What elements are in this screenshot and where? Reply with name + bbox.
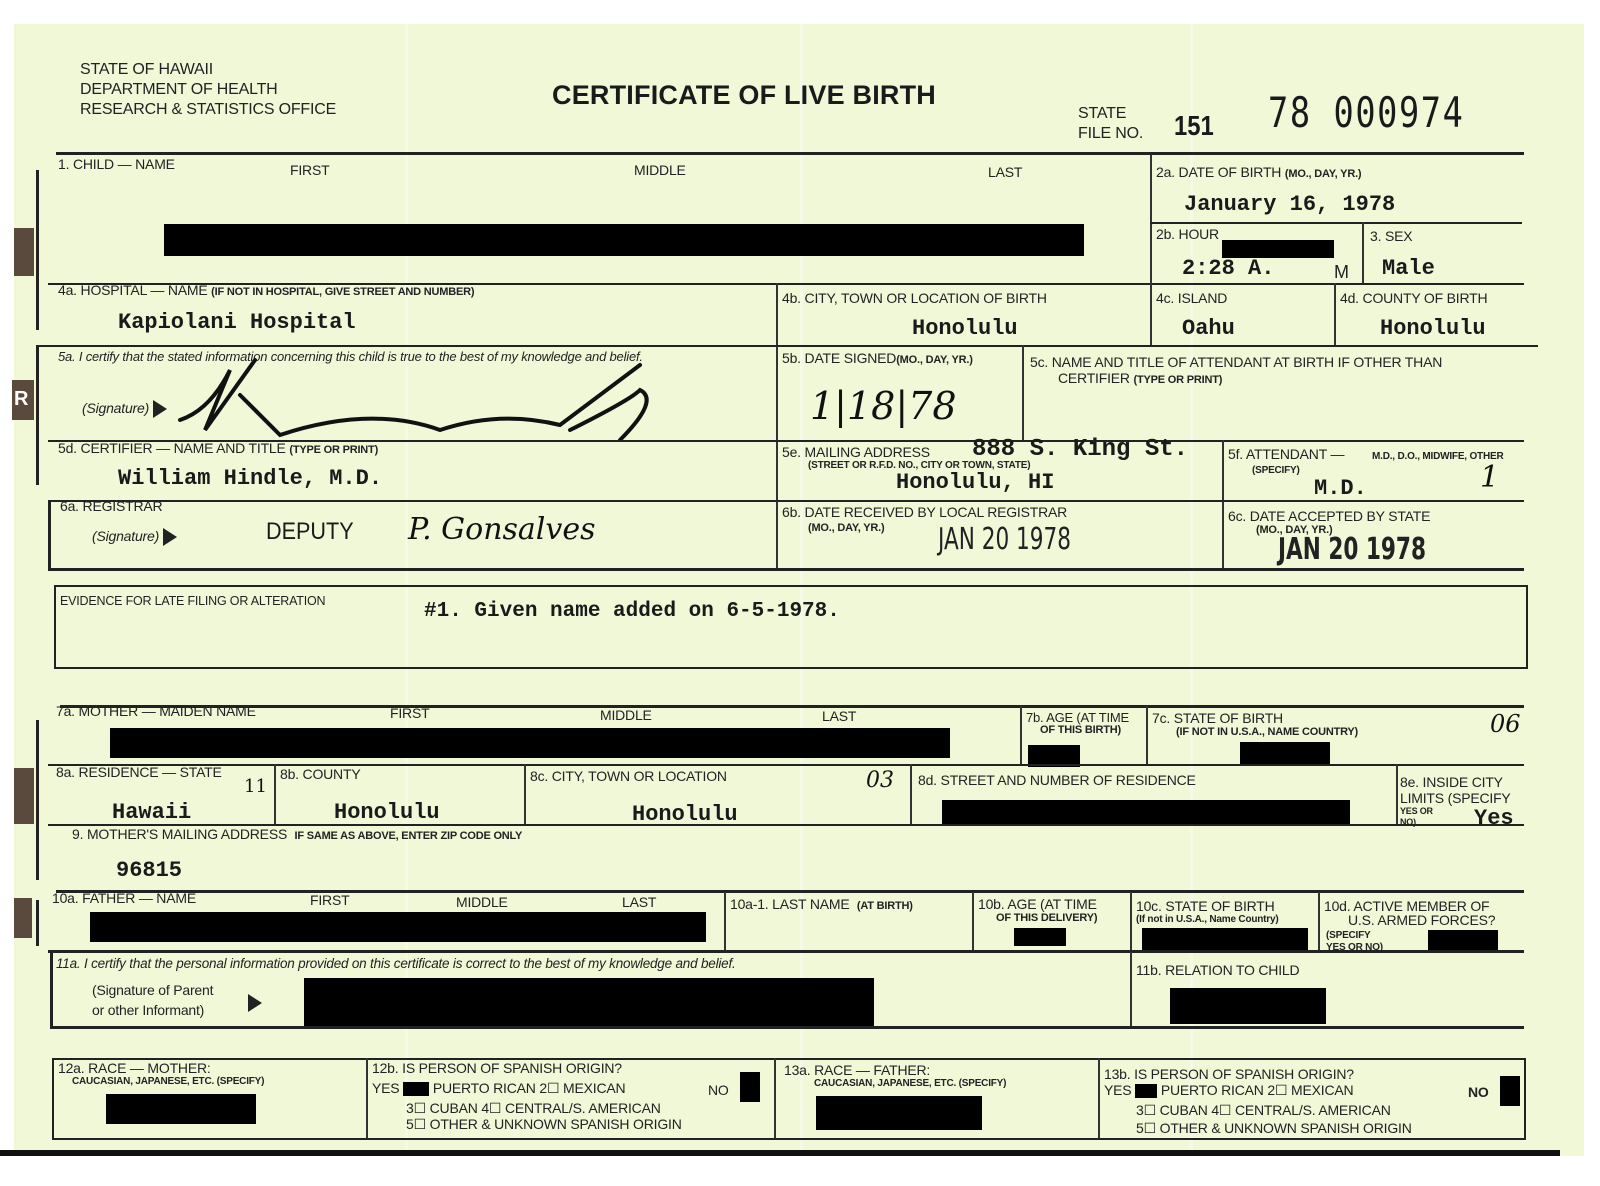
birth-city-label: 4b. CITY, TOWN OR LOCATION OF BIRTH: [782, 290, 1047, 306]
redacted-father-birth-state: [1142, 928, 1308, 952]
date-received-hint: (MO., DAY, YR.): [808, 522, 884, 534]
certifier-name-value: William Hindle, M.D.: [118, 466, 382, 491]
certifier-name-hint: (TYPE OR PRINT): [289, 444, 378, 456]
attendant-name-label-text: CERTIFIER: [1058, 370, 1130, 386]
document-title: CERTIFICATE OF LIVE BIRTH: [552, 80, 936, 111]
spanish-option-line: PUERTO RICAN 2☐ MEXICAN: [433, 1080, 626, 1096]
arrow-right-icon: [248, 994, 262, 1012]
father-birth-state-hint: (If not in U.S.A., Name Country): [1136, 914, 1279, 925]
rule: [48, 568, 1524, 571]
certifier-signature-label: (Signature): [82, 400, 167, 418]
rule: [910, 764, 912, 824]
agency-block: STATE OF HAWAII DEPARTMENT OF HEALTH RES…: [80, 60, 336, 120]
residence-state-code: 11: [244, 776, 267, 797]
father-birth-last-hint: (AT BIRTH): [857, 900, 913, 912]
informant-signature-label: (Signature of Parent or other Informant): [92, 980, 213, 1020]
margin-tab: [14, 228, 34, 276]
residence-street-label: 8d. STREET AND NUMBER OF RESIDENCE: [918, 772, 1196, 788]
rule: [36, 900, 39, 946]
mother-age-label-2: OF THIS BIRTH): [1040, 724, 1121, 736]
father-name-label: 10a. FATHER — NAME: [52, 890, 196, 906]
father-birth-last-label: 10a-1. LAST NAME (AT BIRTH): [730, 896, 913, 912]
evidence-label: EVIDENCE FOR LATE FILING OR ALTERATION: [60, 594, 325, 608]
armed-forces-hint: (SPECIFY: [1326, 930, 1371, 941]
mother-spanish-no: NO: [708, 1082, 729, 1098]
arrow-right-icon: [163, 528, 177, 546]
margin-tab-letter: R: [14, 388, 28, 411]
father-birth-state-label: 10c. STATE OF BIRTH: [1136, 898, 1275, 914]
attendant-code: 1: [1480, 460, 1499, 495]
checkbox-filled[interactable]: [1500, 1076, 1520, 1106]
redacted-residence-street: [942, 800, 1350, 826]
redacted-father-name: [90, 912, 706, 942]
dob-hint: (MO., DAY, YR.): [1285, 168, 1361, 180]
rule: [1222, 440, 1224, 570]
mother-mailing-value: 96815: [116, 858, 182, 883]
spanish-option-line: PUERTO RICAN 2☐ MEXICAN: [1161, 1082, 1354, 1098]
registrar-label: 6a. REGISTRAR: [60, 498, 162, 514]
residence-state-value: Hawaii: [112, 800, 191, 825]
file-no-label: STATE FILE NO.: [1078, 104, 1143, 144]
rule: [1150, 155, 1152, 283]
mailing-address-label: 5e. MAILING ADDRESS: [782, 444, 930, 460]
date-received-stamp: JAN 20 1978: [938, 522, 1071, 557]
registrar-title: DEPUTY: [266, 518, 354, 546]
spanish-option-line: 3☐ CUBAN 4☐ CENTRAL/S. AMERICAN: [1136, 1102, 1391, 1119]
agency-line: RESEARCH & STATISTICS OFFICE: [80, 100, 336, 120]
father-birth-last-label-text: 10a-1. LAST NAME: [730, 896, 850, 912]
residence-state-label: 8a. RESIDENCE — STATE: [56, 764, 222, 780]
residence-city-code: 03: [866, 768, 894, 793]
redacted-informant-signature: [304, 978, 874, 1028]
inside-city-value: Yes: [1474, 806, 1514, 831]
residence-city-label: 8c. CITY, TOWN OR LOCATION: [530, 768, 727, 784]
rule: [774, 1058, 776, 1138]
redacted-father-age: [1014, 928, 1066, 946]
registrar-signature: P. Gonsalves: [408, 512, 596, 547]
father-last-label: LAST: [622, 894, 656, 910]
certifier-name-label-text: 5d. CERTIFIER — NAME AND TITLE: [58, 440, 286, 456]
file-no-label-line: FILE NO.: [1078, 124, 1143, 144]
agency-line: STATE OF HAWAII: [80, 60, 336, 80]
margin-tab: [14, 898, 32, 938]
father-spanish-no: NO: [1468, 1084, 1489, 1100]
island-value: Oahu: [1182, 316, 1235, 341]
rule: [1130, 952, 1132, 1028]
mother-birth-state-code: 06: [1490, 710, 1521, 738]
rule: [1022, 345, 1024, 440]
informant-signature-label-2: or other Informant): [92, 1000, 213, 1020]
rule: [56, 890, 1524, 893]
mother-spanish-yes: YES PUERTO RICAN 2☐ MEXICAN: [372, 1080, 625, 1097]
mother-first-label: FIRST: [390, 705, 429, 721]
attendant-name-label: 5c. NAME AND TITLE OF ATTENDANT AT BIRTH…: [1030, 354, 1442, 370]
birth-county-label: 4d. COUNTY OF BIRTH: [1340, 290, 1487, 306]
residence-county-label: 8b. COUNTY: [280, 766, 360, 782]
rule: [724, 892, 726, 950]
mother-middle-label: MIDDLE: [600, 707, 652, 723]
hour-value: 2:28 A.: [1182, 256, 1274, 281]
residence-county-value: Honolulu: [334, 800, 440, 825]
rule: [1150, 222, 1522, 224]
yes-label: YES: [372, 1080, 399, 1096]
rule: [48, 950, 1524, 953]
date-signed-label: 5b. DATE SIGNED(MO., DAY, YR.): [782, 350, 973, 366]
checkbox-filled[interactable]: [1135, 1084, 1157, 1098]
birth-county-value: Honolulu: [1380, 316, 1486, 341]
date-accepted-label: 6c. DATE ACCEPTED BY STATE: [1228, 508, 1430, 524]
mailing-line-2: Honolulu, HI: [896, 470, 1054, 495]
date-signed-label-text: 5b. DATE SIGNED: [782, 350, 896, 366]
rule: [50, 1026, 1524, 1029]
checkbox-filled[interactable]: [740, 1072, 760, 1102]
sex-label: 3. SEX: [1370, 228, 1412, 244]
rule: [524, 764, 526, 824]
rule: [1020, 706, 1022, 766]
child-name-label: 1. CHILD — NAME: [58, 156, 175, 172]
date-received-label: 6b. DATE RECEIVED BY LOCAL REGISTRAR: [782, 504, 1067, 520]
hospital-label: 4a. HOSPITAL — NAME (IF NOT IN HOSPITAL,…: [58, 282, 474, 298]
mother-birth-state-label: 7c. STATE OF BIRTH: [1152, 710, 1283, 726]
rule: [1146, 706, 1148, 766]
rule: [56, 152, 1524, 155]
file-no-label-line: STATE: [1078, 104, 1143, 124]
rule: [1318, 892, 1320, 950]
attendant-name-label-2: CERTIFIER (TYPE OR PRINT): [1058, 370, 1222, 386]
rule: [1334, 283, 1336, 345]
redacted-mother-race: [106, 1094, 256, 1124]
armed-forces-label-2: U.S. ARMED FORCES?: [1348, 912, 1495, 928]
margin-tab: [14, 768, 34, 824]
bottom-border: [0, 1150, 1560, 1156]
birth-city-value: Honolulu: [912, 316, 1018, 341]
rule: [60, 705, 1524, 708]
rule: [274, 764, 276, 824]
date-accepted-stamp: JAN 20 1978: [1278, 532, 1426, 567]
father-middle-label: MIDDLE: [456, 894, 508, 910]
child-last-label: LAST: [988, 164, 1022, 180]
agency-line: DEPARTMENT OF HEALTH: [80, 80, 336, 100]
hospital-hint: (IF NOT IN HOSPITAL, GIVE STREET AND NUM…: [211, 286, 474, 298]
father-spanish-yes: YES PUERTO RICAN 2☐ MEXICAN: [1104, 1082, 1353, 1099]
mother-mailing-label-text: 9. MOTHER'S MAILING ADDRESS: [72, 826, 287, 842]
evidence-value: #1. Given name added on 6-5-1978.: [424, 600, 840, 623]
informant-statement: 11a. I certify that the personal informa…: [56, 956, 736, 971]
registrar-signature-label-text: (Signature): [92, 528, 159, 544]
attendant-value: M.D.: [1314, 476, 1367, 501]
redacted-child-name: [164, 224, 1084, 256]
rule: [48, 764, 1524, 766]
rule: [776, 283, 778, 569]
date-signed-value: 1|18|78: [810, 384, 957, 428]
inside-city-label: 8e. INSIDE CITY: [1400, 774, 1503, 790]
page-bottom-edge: [0, 1156, 1600, 1186]
rule: [972, 892, 974, 950]
redacted-mother-birth-state: [1240, 742, 1330, 764]
mother-birth-state-hint: (IF NOT IN U.S.A., NAME COUNTRY): [1176, 726, 1358, 738]
mother-name-label: 7a. MOTHER — MAIDEN NAME: [56, 703, 256, 719]
child-first-label: FIRST: [290, 162, 329, 178]
date-signed-hint: (MO., DAY, YR.): [896, 354, 972, 366]
rule: [38, 345, 1538, 347]
redacted-father-race: [816, 1096, 982, 1130]
hour-suffix: M: [1334, 262, 1349, 283]
rule: [36, 345, 39, 485]
margin-tab: R: [12, 380, 34, 420]
informant-signature-label-1: (Signature of Parent: [92, 980, 213, 1000]
spanish-option-line: 5☐ OTHER & UNKNOWN SPANISH ORIGIN: [406, 1116, 682, 1133]
father-spanish-label: 13b. IS PERSON OF SPANISH ORIGIN?: [1104, 1066, 1354, 1082]
hospital-value: Kapiolani Hospital: [118, 310, 356, 335]
rule: [1098, 1058, 1100, 1138]
file-no-value: 78 000974: [1268, 88, 1464, 137]
file-no-prefix: 151: [1174, 110, 1214, 142]
dob-value: January 16, 1978: [1184, 192, 1395, 217]
certifier-name-label: 5d. CERTIFIER — NAME AND TITLE (TYPE OR …: [58, 440, 378, 456]
rule: [50, 950, 53, 1028]
father-race-label: 13a. RACE — FATHER:: [784, 1062, 930, 1078]
signature-label-text: (Signature): [82, 400, 149, 416]
arrow-right-icon: [153, 400, 167, 418]
attendant-name-hint: (TYPE OR PRINT): [1134, 374, 1223, 386]
registrar-signature-label: (Signature): [92, 528, 177, 546]
mother-age-label: 7b. AGE (AT TIME: [1026, 710, 1129, 725]
redacted-mother-name: [110, 728, 950, 758]
hospital-label-text: 4a. HOSPITAL — NAME: [58, 282, 207, 298]
hour-label: 2b. HOUR: [1156, 226, 1219, 242]
yes-label: YES: [1104, 1082, 1131, 1098]
rule: [1130, 892, 1132, 950]
spanish-option-line: 3☐ CUBAN 4☐ CENTRAL/S. AMERICAN: [406, 1100, 661, 1117]
redacted-armed-forces: [1428, 930, 1498, 950]
rule: [1396, 764, 1398, 824]
sex-value: Male: [1382, 256, 1435, 281]
checkbox-filled[interactable]: [403, 1082, 429, 1096]
inside-city-label-2: LIMITS (SPECIFY: [1400, 790, 1511, 806]
rule: [48, 500, 51, 570]
mother-mailing-hint: IF SAME AS ABOVE, ENTER ZIP CODE ONLY: [294, 830, 522, 842]
father-age-label: 10b. AGE (AT TIME: [978, 896, 1097, 912]
dob-label: 2a. DATE OF BIRTH (MO., DAY, YR.): [1156, 164, 1361, 180]
mother-last-label: LAST: [822, 708, 856, 724]
island-label: 4c. ISLAND: [1156, 290, 1227, 306]
rule: [1362, 222, 1364, 284]
mother-mailing-label: 9. MOTHER'S MAILING ADDRESS IF SAME AS A…: [72, 826, 522, 842]
rule: [36, 170, 39, 330]
mother-spanish-label: 12b. IS PERSON OF SPANISH ORIGIN?: [372, 1060, 622, 1076]
redacted-relation: [1170, 988, 1326, 1024]
father-first-label: FIRST: [310, 892, 349, 908]
relation-label: 11b. RELATION TO CHILD: [1136, 962, 1299, 978]
spanish-option-line: 5☐ OTHER & UNKNOWN SPANISH ORIGIN: [1136, 1120, 1412, 1137]
mother-age-label-1: 7b. AGE (AT TIME: [1026, 710, 1129, 725]
child-middle-label: MIDDLE: [634, 162, 686, 178]
rule: [36, 720, 39, 880]
dob-label-text: 2a. DATE OF BIRTH: [1156, 164, 1281, 180]
father-race-hint: CAUCASIAN, JAPANESE, ETC. (SPECIFY): [814, 1078, 1006, 1089]
mother-race-hint: CAUCASIAN, JAPANESE, ETC. (SPECIFY): [72, 1076, 264, 1087]
rule: [1150, 283, 1152, 345]
rule: [48, 500, 1524, 502]
mother-race-label: 12a. RACE — MOTHER:: [58, 1060, 211, 1076]
mailing-line-1: 888 S. King St.: [972, 436, 1188, 463]
father-age-label-2: OF THIS DELIVERY): [996, 912, 1097, 924]
rule: [366, 1058, 368, 1138]
